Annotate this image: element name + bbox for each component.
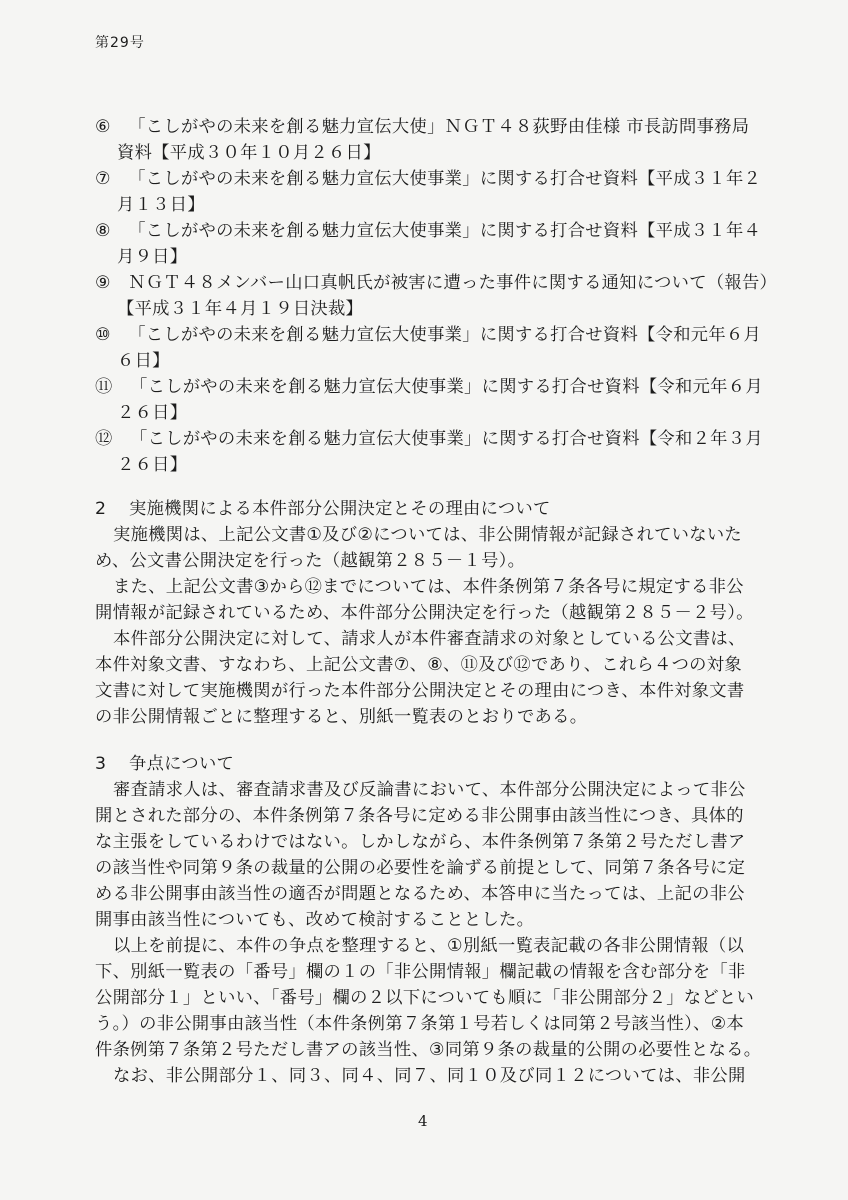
- paragraph-line: の非公開情報ごとに整理すると、別紙一覧表のとおりである。: [95, 704, 755, 730]
- section-3: 3争点について 審査請求人は、審査請求書及び反論書において、本件部分公開決定によ…: [95, 751, 755, 1089]
- section-heading: 3争点について: [95, 751, 755, 777]
- paragraph-line: の該当性や同第９条の裁量的公開の必要性を論ずる前提として、同第７条各号に定: [95, 855, 755, 881]
- document-page: 第29号 ⑥ 「こしがやの未来を創る魅力宣伝大使」ＮＧＴ４８荻野由佳様 市長訪問…: [0, 0, 848, 1200]
- list-item: ⑪ 「こしがやの未来を創る魅力宣伝大使事業」に関する打合せ資料【令和元年６月 ２…: [95, 374, 755, 426]
- list-item-continuation: ２６日】: [95, 452, 755, 478]
- list-item-number: ⑦: [95, 169, 111, 189]
- list-item: ⑩ 「こしがやの未来を創る魅力宣伝大使事業」に関する打合せ資料【令和元年６月 ６…: [95, 322, 755, 374]
- list-item-continuation: 月１３日】: [95, 192, 755, 218]
- paragraph-line: 本件部分公開決定に対して、請求人が本件審査請求の対象としている公文書は、: [95, 626, 755, 652]
- list-item-text: 「こしがやの未来を創る魅力宣伝大使事業」に関する打合せ資料【平成３１年４: [128, 221, 761, 241]
- section-2: 2実施機関による本件部分公開決定とその理由について 実施機関は、上記公文書①及び…: [95, 496, 755, 730]
- list-item: ⑨ ＮＧＴ４８メンバー山口真帆氏が被害に遭った事件に関する通知について（報告） …: [95, 270, 755, 322]
- list-item-text: ＮＧＴ４８メンバー山口真帆氏が被害に遭った事件に関する通知について（報告）: [128, 273, 777, 293]
- paragraph-line: な主張をしているわけではない。しかしながら、本件条例第７条第２号ただし書ア: [95, 829, 755, 855]
- paragraph-line: 文書に対して実施機関が行った本件部分公開決定とその理由につき、本件対象文書: [95, 678, 755, 704]
- paragraph-line: 公開部分１」といい、「番号」欄の２以下についても順に「非公開部分２」などとい: [95, 985, 755, 1011]
- section-title: 実施機関による本件部分公開決定とその理由について: [129, 499, 551, 519]
- list-item: ⑥ 「こしがやの未来を創る魅力宣伝大使」ＮＧＴ４８荻野由佳様 市長訪問事務局 資…: [95, 114, 755, 166]
- paragraph-line: 以上を前提に、本件の争点を整理すると、①別紙一覧表記載の各非公開情報（以: [95, 933, 755, 959]
- paragraph-line: める非公開事由該当性の適否が問題となるため、本答申に当たっては、上記の非公: [95, 881, 755, 907]
- list-item-text: 「こしがやの未来を創る魅力宣伝大使事業」に関する打合せ資料【令和元年６月: [128, 325, 761, 345]
- paragraph-line: また、上記公文書③から⑫までについては、本件条例第７条各号に規定する非公: [95, 574, 755, 600]
- paragraph-line: 開とされた部分の、本件条例第７条各号に定める非公開事由該当性につき、具体的: [95, 803, 755, 829]
- list-item-number: ⑫: [95, 429, 113, 449]
- list-item-text: 「こしがやの未来を創る魅力宣伝大使事業」に関する打合せ資料【令和元年６月: [130, 377, 763, 397]
- section-number: 2: [95, 496, 129, 522]
- document-number: 第29号: [95, 32, 145, 52]
- section-number: 3: [95, 751, 129, 777]
- paragraph-line: 下、別紙一覧表の「番号」欄の１の「非公開情報」欄記載の情報を含む部分を「非: [95, 959, 755, 985]
- paragraph-line: なお、非公開部分１、同３、同４、同７、同１０及び同１２については、非公開: [95, 1063, 755, 1089]
- list-item-text: 「こしがやの未来を創る魅力宣伝大使」ＮＧＴ４８荻野由佳様 市長訪問事務局: [128, 117, 749, 137]
- paragraph-line: う。）の非公開事由該当性（本件条例第７条第１号若しくは同第２号該当性）、②本: [95, 1011, 755, 1037]
- section-heading: 2実施機関による本件部分公開決定とその理由について: [95, 496, 755, 522]
- paragraph-line: め、公文書公開決定を行った（越観第２８５－１号）。: [95, 548, 755, 574]
- list-item-text: 「こしがやの未来を創る魅力宣伝大使事業」に関する打合せ資料【令和２年３月: [130, 429, 763, 449]
- paragraph-line: 開事由該当性についても、改めて検討することとした。: [95, 907, 755, 933]
- list-item-continuation: ２６日】: [95, 400, 755, 426]
- list-item: ⑫ 「こしがやの未来を創る魅力宣伝大使事業」に関する打合せ資料【令和２年３月 ２…: [95, 426, 755, 478]
- list-item-number: ⑧: [95, 221, 111, 241]
- paragraph-line: 実施機関は、上記公文書①及び②については、非公開情報が記録されていないた: [95, 522, 755, 548]
- list-item: ⑦ 「こしがやの未来を創る魅力宣伝大使事業」に関する打合せ資料【平成３１年２ 月…: [95, 166, 755, 218]
- list-item-continuation: 【平成３１年４月１９日決裁】: [95, 296, 755, 322]
- list-item-text: 「こしがやの未来を創る魅力宣伝大使事業」に関する打合せ資料【平成３１年２: [128, 169, 761, 189]
- list-item: ⑧ 「こしがやの未来を創る魅力宣伝大使事業」に関する打合せ資料【平成３１年４ 月…: [95, 218, 755, 270]
- paragraph-line: 本件対象文書、すなわち、上記公文書⑦、⑧、⑪及び⑫であり、これら４つの対象: [95, 652, 755, 678]
- paragraph-line: 件条例第７条第２号ただし書アの該当性、③同第９条の裁量的公開の必要性となる。: [95, 1037, 755, 1063]
- list-item-number: ⑪: [95, 377, 113, 397]
- paragraph-line: 開情報が記録されているため、本件部分公開決定を行った（越観第２８５－２号）。: [95, 600, 755, 626]
- list-item-number: ⑨: [95, 273, 111, 293]
- list-item-number: ⑥: [95, 117, 111, 137]
- list-item-continuation: ６日】: [95, 348, 755, 374]
- paragraph-line: 審査請求人は、審査請求書及び反論書において、本件部分公開決定によって非公: [95, 777, 755, 803]
- list-item-continuation: 月９日】: [95, 244, 755, 270]
- section-title: 争点について: [129, 754, 234, 774]
- list-item-continuation: 資料【平成３０年１０月２６日】: [95, 140, 755, 166]
- document-list: ⑥ 「こしがやの未来を創る魅力宣伝大使」ＮＧＴ４８荻野由佳様 市長訪問事務局 資…: [95, 114, 755, 478]
- page-number: 4: [418, 1112, 428, 1130]
- list-item-number: ⑩: [95, 325, 111, 345]
